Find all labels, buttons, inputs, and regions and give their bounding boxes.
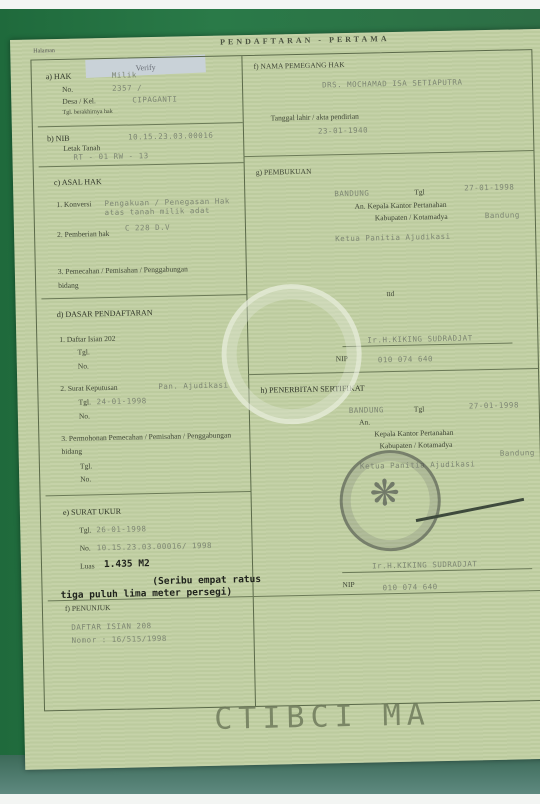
penerbitan-place: BANDUNG [349, 405, 384, 415]
tgl-label: Tgl. [77, 347, 89, 356]
surat-ukur-label: e) SURAT UKUR [63, 507, 121, 517]
bottom-bar [0, 794, 540, 804]
asal-hak-label: c) ASAL HAK [54, 177, 102, 187]
pembukuan-ttd: ttd [386, 289, 394, 298]
pembukuan-place: BANDUNG [334, 189, 369, 199]
luas-label: Luas [80, 561, 95, 570]
page-label: Halaman [33, 48, 55, 54]
divider [41, 294, 246, 299]
penunjuk-label: f) PENUNJUK [65, 603, 111, 613]
pembukuan-nip-value: 010 074 640 [378, 354, 433, 364]
nama-pemegang-value: DRS. MOCHAMAD ISA SETIAPUTRA [322, 78, 463, 90]
surat-keputusan-value: Pan. Ajudikasi [158, 381, 228, 391]
hak-value: Milik [112, 70, 137, 80]
tanggal-lahir-value: 23-01-1940 [318, 126, 368, 136]
pembukuan-kab-line: Kabupaten / Kotamadya [375, 212, 448, 223]
document-title: PENDAFTARAN - PERTAMA [220, 34, 390, 47]
garuda-emblem-icon: ❋ [369, 472, 400, 515]
su-no-label: No. [80, 543, 91, 552]
divider [38, 122, 243, 127]
nib-value: 10.15.23.03.00016 [128, 131, 213, 142]
certificate-page: Verify PENDAFTARAN - PERTAMA Halaman a) … [10, 29, 540, 770]
pembukuan-kab-value: Bandung [485, 210, 520, 220]
penerbitan-kab-line: Kabupaten / Kotamadya [379, 440, 452, 451]
daftar-isian-label: 1. Daftar Isian 202 [59, 334, 115, 344]
desa-value: CIPAGANTI [132, 95, 177, 105]
penerbitan-kepala-line: Kepala Kantor Pertanahan [374, 428, 453, 439]
dot-print-serial: CTIBCI MA [214, 697, 431, 737]
penerbitan-nip-label: NIP [342, 580, 354, 589]
konversi-value: Pengakuan / Penegasan Hak atas tanah mil… [104, 196, 234, 217]
penerbitan-tgl-value: 27-01-1998 [469, 400, 519, 410]
divider [46, 491, 251, 496]
su-tgl-value: 26-01-1998 [96, 524, 146, 534]
hak-label: a) HAK [46, 72, 72, 82]
pembukuan-label: g) PEMBUKUAN [256, 167, 312, 177]
tgl-label: Tgl. [80, 461, 92, 470]
penunjuk-line2: Nomor : 16/515/1998 [71, 634, 166, 645]
tgl-label: Tgl. [79, 397, 91, 406]
pembukuan-panitia: Ketua Panitia Ajudikasi [335, 232, 451, 243]
penerbitan-an: An. [359, 418, 370, 427]
luas-text-1: (Seribu empat ratus [152, 574, 261, 587]
top-bar [0, 0, 540, 9]
pemberian-hak-label: 2. Pemberian hak [57, 229, 109, 239]
su-tgl-label: Tgl. [79, 525, 91, 534]
pemecahan-label: 3. Pemecahan / Pemisahan / Penggabungan … [58, 262, 209, 293]
no-label: No. [80, 474, 91, 483]
tgl-berakhir-label: Tgl. berakhirnya hak [62, 109, 112, 116]
no-label: No. [62, 85, 73, 94]
penerbitan-kab-value: Bandung [500, 448, 535, 458]
letak-value: RT - 01 RW - 13 [73, 151, 148, 162]
nib-label: b) NIB [47, 134, 70, 143]
penunjuk-line1: DAFTAR ISIAN 208 [71, 621, 151, 632]
desa-label: Desa / Kel. [62, 96, 96, 106]
konversi-label: 1. Konversi [56, 199, 91, 209]
sk-tgl-value: 24-01-1998 [97, 396, 147, 406]
dasar-pendaftaran-label: d) DASAR PENDAFTARAN [57, 308, 153, 319]
surat-keputusan-label: 2. Surat Keputusan [60, 383, 117, 393]
luas-value: 1.435 M2 [104, 558, 150, 570]
no-label: No. [79, 411, 90, 420]
tanggal-lahir-label: Tanggal lahir / akta pendirian [271, 112, 359, 123]
no-value: 2357 / [112, 83, 142, 93]
pembukuan-an-line: An. Kepala Kantor Pertanahan [354, 200, 446, 211]
no-label: No. [78, 361, 89, 370]
permohonan-label: 3. Permohonan Pemecahan / Pemisahan / Pe… [61, 428, 242, 458]
divider [39, 162, 244, 167]
pemberian-hak-value: C 228 D.V [125, 223, 170, 233]
pembukuan-tgl-label: Tgl [414, 187, 425, 196]
su-no-value: 10.15.23.03.00016/ 1998 [97, 541, 213, 552]
divider [243, 150, 533, 157]
penerbitan-nip-value: 010 074 640 [382, 582, 437, 592]
penerbitan-tgl-label: Tgl [414, 404, 425, 413]
pembukuan-tgl-value: 27-01-1998 [464, 182, 514, 192]
nama-pemegang-label: f) NAMA PEMEGANG HAK [254, 60, 345, 71]
